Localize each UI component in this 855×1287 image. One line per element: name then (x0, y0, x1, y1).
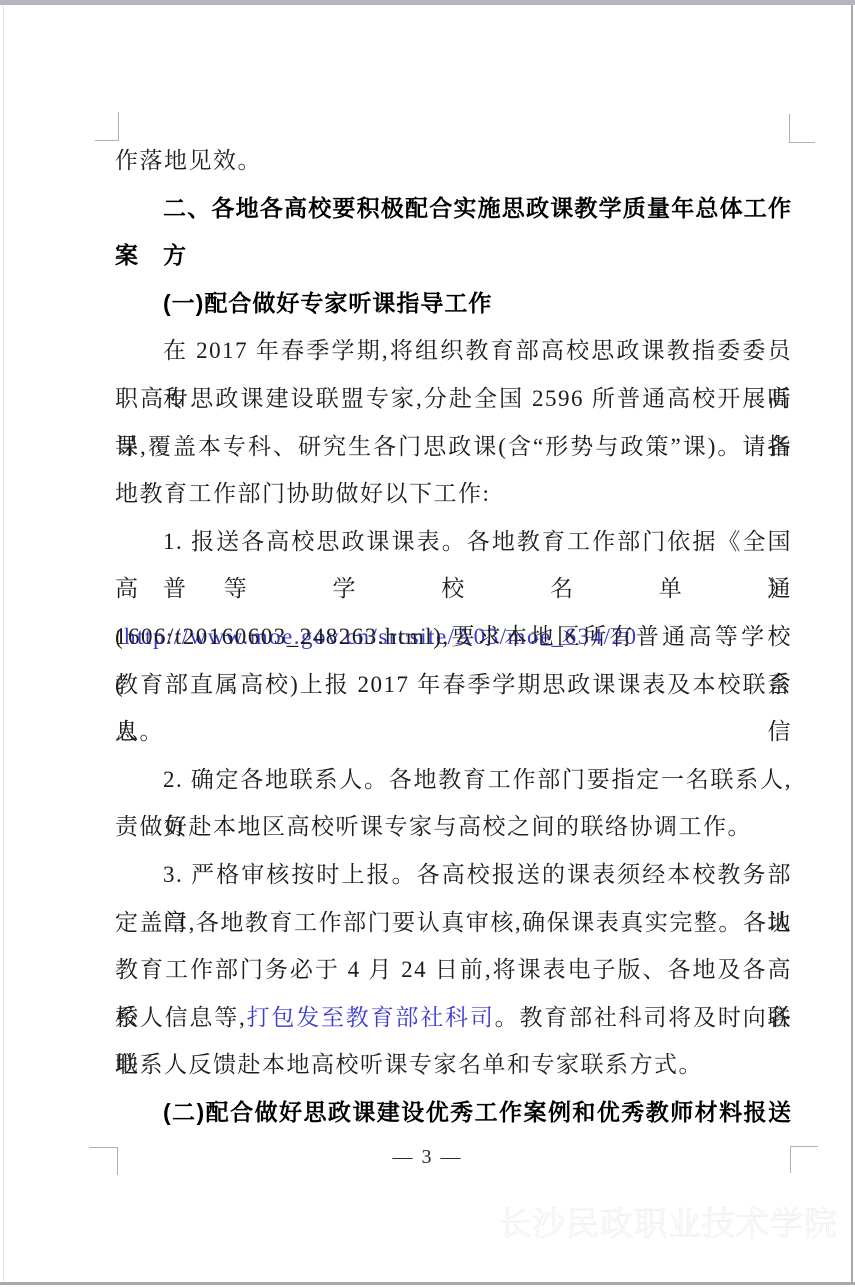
send-to-moe-dept-link[interactable]: 打包发至教育部社科司 (246, 1005, 494, 1030)
body-line: 联系人反馈赴本地高校听课专家名单和专家联系方式。 (115, 1041, 792, 1089)
watermark: 长沙民政职业技术学院 (498, 1198, 843, 1245)
page-edge-top (0, 0, 855, 5)
section-heading-2-wrap: 案 (115, 232, 792, 280)
page-number: — 3 — (0, 1146, 855, 1169)
body-line: 导,覆盖本专科、研究生各门思政课(含“形势与政策”课)。请各 (115, 423, 792, 471)
subsection-heading-2: (二)配合做好思政课建设优秀工作案例和优秀教师材料报送 (115, 1089, 792, 1137)
page-edge-right (851, 5, 853, 1285)
subsection-heading-1: (一)配合做好专家听课指导工作 (115, 280, 792, 328)
body-line: 2. 确定各地联系人。各地教育工作部门要指定一名联系人,负 (115, 756, 792, 804)
page-edge-left (3, 5, 4, 1281)
body-line: 作落地见效。 (115, 137, 792, 185)
body-line: 教育部直属高校)上报 2017 年春季学期思政课课表及本校联系人信 (115, 661, 792, 709)
body-line: 系人信息等,打包发至教育部社科司。教育部社科司将及时向各地 (115, 994, 792, 1042)
document-body: 作落地见效。 二、各地各高校要积极配合实施思政课教学质量年总体工作方 案 (一)… (115, 137, 792, 1136)
section-heading-2: 二、各地各高校要积极配合实施思政课教学质量年总体工作方 (115, 185, 792, 233)
document-page: 作落地见效。 二、各地各高校要积极配合实施思政课教学质量年总体工作方 案 (一)… (0, 0, 855, 1287)
body-line: 3. 严格审核按时上报。各高校报送的课表须经本校教务部门认 (115, 851, 792, 899)
body-text: 系人信息等, (115, 1005, 246, 1030)
body-line: 在 2017 年春季学期,将组织教育部高校思政课教指委委员和高 (115, 327, 792, 375)
body-line: 教育工作部门务必于 4 月 24 日前,将课表电子版、各地及各高校联 (115, 946, 792, 994)
body-line: 定盖章,各地教育工作部门要认真审核,确保课表真实完整。各地 (115, 899, 792, 947)
body-line: 地教育工作部门协助做好以下工作: (115, 470, 792, 518)
crop-mark-top-right (789, 114, 815, 143)
body-line: 高等学校名单》(http://www.moe.gov.cn/srcsite/A0… (115, 565, 792, 613)
body-line: 1606/t20160603_248263.html),要求本地区所有普通高等学… (115, 613, 792, 661)
body-line: 1. 报送各高校思政课课表。各地教育工作部门依据《全国普通 (115, 518, 792, 566)
body-line: 职高专思政课建设联盟专家,分赴全国 2596 所普通高校开展听课指 (115, 375, 792, 423)
body-line: 责做好赴本地区高校听课专家与高校之间的联络协调工作。 (115, 803, 792, 851)
page-edge-bottom (0, 1282, 855, 1285)
